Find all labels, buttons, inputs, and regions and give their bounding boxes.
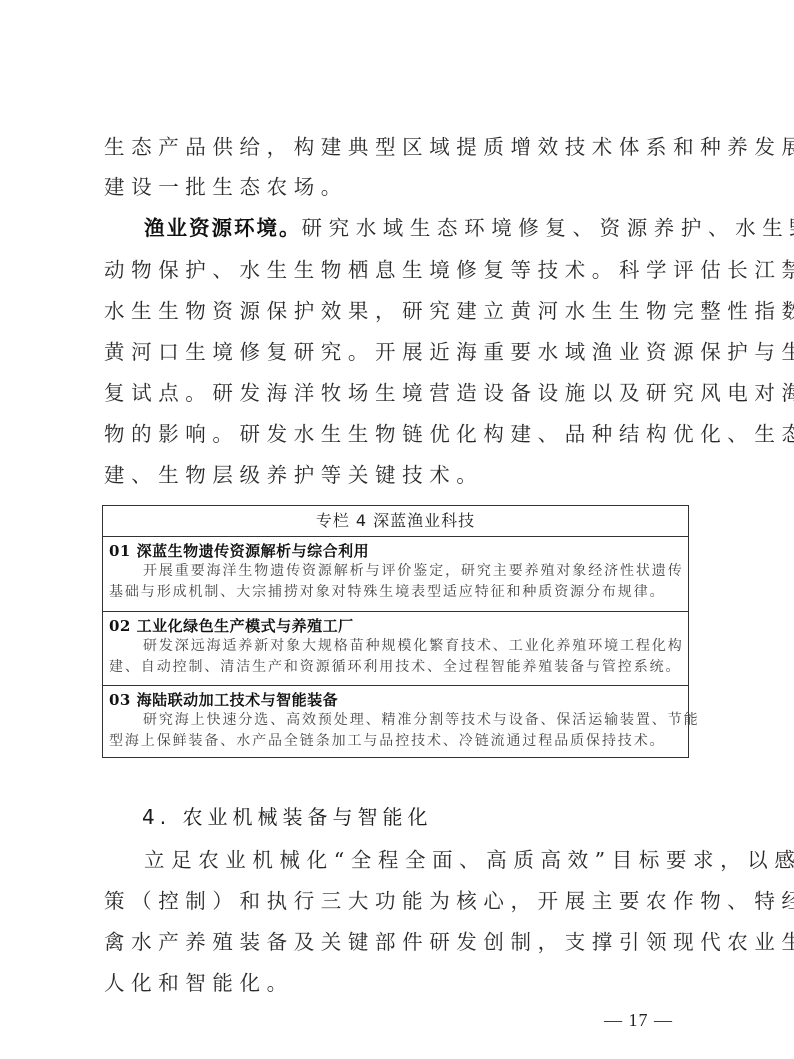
box-item-title: 03 海陆联动加工技术与智能装备 — [109, 690, 682, 710]
section-heading: 4. 农业机械装备与智能化 — [142, 803, 432, 831]
paragraph-line: 水生生物资源保护效果，研究建立黄河水生生物完整性指数，开展 — [104, 297, 696, 325]
paragraph-line: 立足农业机械化“全程全面、高质高效”目标要求，以感知、决 — [144, 846, 736, 874]
box-item-text: 建、自动控制、清洁生产和资源循环利用技术、全过程智能养殖装备与管控系统。 — [109, 657, 682, 678]
box-item-text: 开展重要海洋生物遗传资源解析与评价鉴定，研究主要养殖对象经济性状遗传 — [109, 561, 682, 582]
paragraph-line: 复试点。研发海洋牧场生境营造设备设施以及研究风电对海洋生 — [104, 379, 696, 407]
box-item-text: 型海上保鲜装备、水产品全链条加工与品控技术、冷链流通过程品质保持技术。 — [109, 731, 682, 752]
box-item-title: 01 深蓝生物遗传资源解析与综合利用 — [109, 541, 682, 561]
box-item-title: 02 工业化绿色生产模式与养殖工厂 — [109, 616, 682, 636]
paragraph-line: 黄河口生境修复研究。开展近海重要水域渔业资源保护与生境修 — [104, 338, 696, 366]
box-item: 02 工业化绿色生产模式与养殖工厂 研发深远海适养新对象大规格苗种规模化繁育技术… — [103, 611, 688, 685]
document-page: 生态产品供给，构建典型区域提质增效技术体系和种养发展模式。 建设一批生态农场。 … — [0, 0, 794, 1059]
paragraph-line: 建、生物层级养护等关键技术。 — [104, 461, 696, 489]
paragraph-line: 策（控制）和执行三大功能为核心，开展主要农作物、特经作物、畜 — [104, 887, 696, 915]
box-item: 01 深蓝生物遗传资源解析与综合利用 开展重要海洋生物遗传资源解析与评价鉴定，研… — [103, 537, 688, 611]
fishery-paragraph-first-line: 渔业资源环境。研究水域生态环境修复、资源养护、水生野生 — [144, 214, 736, 242]
paragraph-line: 禽水产养殖装备及关键部件研发创制，支撑引领现代农业生产少 — [104, 928, 696, 956]
paragraph-line: 人化和智能化。 — [104, 969, 696, 997]
box-item-text: 研发深远海适养新对象大规格苗种规模化繁育技术、工业化养殖环境工程化构 — [109, 636, 682, 657]
page-number: — 17 — — [604, 1010, 673, 1031]
special-column-box: 专栏 4 深蓝渔业科技 01 深蓝生物遗传资源解析与综合利用 开展重要海洋生物遗… — [102, 505, 689, 758]
paragraph-line: 生态产品供给，构建典型区域提质增效技术体系和种养发展模式。 — [104, 133, 696, 161]
box-title: 专栏 4 深蓝渔业科技 — [103, 506, 688, 537]
paragraph-line: 物的影响。研发水生生物链优化构建、品种结构优化、生态屏障构 — [104, 420, 696, 448]
paragraph-line: 建设一批生态农场。 — [104, 173, 696, 201]
paragraph-line: 动物保护、水生生物栖息生境修复等技术。科学评估长江禁捕对 — [104, 256, 696, 284]
box-item-text: 基础与形成机制、大宗捕捞对象对特殊生境表型适应特征和种质资源分布规律。 — [109, 582, 682, 603]
fishery-lead-heading: 渔业资源环境。 — [144, 216, 302, 240]
box-item: 03 海陆联动加工技术与智能装备 研究海上快速分选、高效预处理、精准分割等技术与… — [103, 685, 688, 758]
fishery-first-line-text: 研究水域生态环境修复、资源养护、水生野生 — [302, 216, 794, 240]
box-item-text: 研究海上快速分选、高效预处理、精准分割等技术与设备、保活运输装置、节能 — [109, 710, 682, 731]
